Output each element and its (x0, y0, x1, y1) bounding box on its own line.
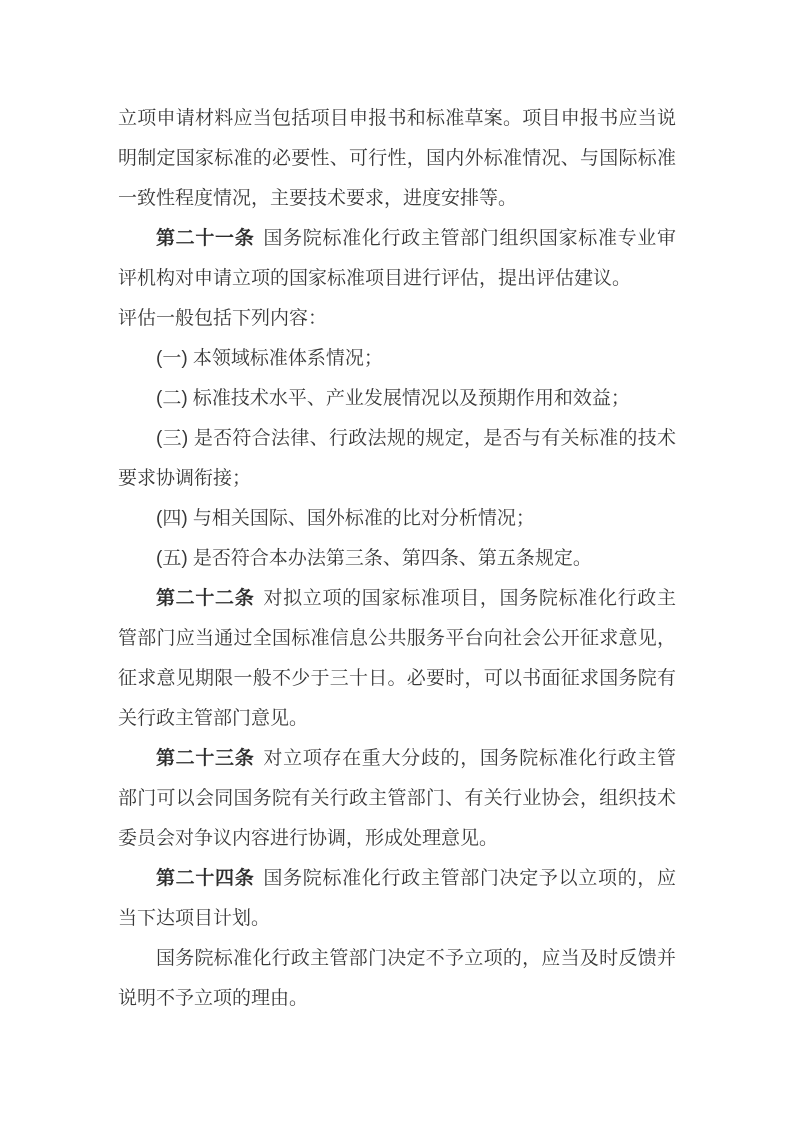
list-item-5: (五) 是否符合本办法第三条、第四条、第五条规定。 (118, 539, 676, 579)
document-page: 立项申请材料应当包括项目申报书和标准草案。项目申报书应当说明制定国家标准的必要性… (0, 0, 793, 1122)
article-number: 第二十二条 (156, 588, 254, 609)
paragraph-text: 立项申请材料应当包括项目申报书和标准草案。项目申报书应当说明制定国家标准的必要性… (118, 108, 676, 209)
paragraph-text: 评估一般包括下列内容： (118, 308, 327, 329)
paragraph-continuation: 立项申请材料应当包括项目申报书和标准草案。项目申报书应当说明制定国家标准的必要性… (118, 99, 676, 219)
paragraph-article-24-continuation: 国务院标准化行政主管部门决定不予立项的，应当及时反馈并说明不予立项的理由。 (118, 939, 676, 1019)
list-item-4: (四) 与相关国际、国外标准的比对分析情况； (118, 499, 676, 539)
list-item-1: (一) 本领域标准体系情况； (118, 339, 676, 379)
paragraph-text: (三) 是否符合法律、行政法规的规定，是否与有关标准的技术要求协调衔接； (118, 428, 676, 489)
paragraph-article-24: 第二十四条国务院标准化行政主管部门决定予以立项的，应当下达项目计划。 (118, 859, 676, 939)
article-number: 第二十三条 (156, 748, 254, 769)
paragraph-evaluation-intro: 评估一般包括下列内容： (118, 299, 676, 339)
document-body: 立项申请材料应当包括项目申报书和标准草案。项目申报书应当说明制定国家标准的必要性… (118, 99, 676, 1019)
paragraph-article-21: 第二十一条国务院标准化行政主管部门组织国家标准专业审评机构对申请立项的国家标准项… (118, 219, 676, 299)
paragraph-article-23: 第二十三条对立项存在重大分歧的，国务院标准化行政主管部门可以会同国务院有关行政主… (118, 739, 676, 859)
paragraph-article-22: 第二十二条对拟立项的国家标准项目，国务院标准化行政主管部门应当通过全国标准信息公… (118, 579, 676, 739)
paragraph-text: (一) 本领域标准体系情况； (156, 348, 383, 369)
paragraph-text: (五) 是否符合本办法第三条、第四条、第五条规定。 (156, 548, 592, 569)
article-number: 第二十四条 (156, 868, 254, 889)
list-item-3: (三) 是否符合法律、行政法规的规定，是否与有关标准的技术要求协调衔接； (118, 419, 676, 499)
list-item-2: (二) 标准技术水平、产业发展情况以及预期作用和效益； (118, 379, 676, 419)
article-number: 第二十一条 (156, 228, 254, 249)
paragraph-text: (四) 与相关国际、国外标准的比对分析情况； (156, 508, 535, 529)
paragraph-text: (二) 标准技术水平、产业发展情况以及预期作用和效益； (156, 388, 630, 409)
paragraph-text: 对拟立项的国家标准项目，国务院标准化行政主管部门应当通过全国标准信息公共服务平台… (118, 588, 676, 729)
paragraph-text: 国务院标准化行政主管部门决定不予立项的，应当及时反馈并说明不予立项的理由。 (118, 948, 676, 1009)
